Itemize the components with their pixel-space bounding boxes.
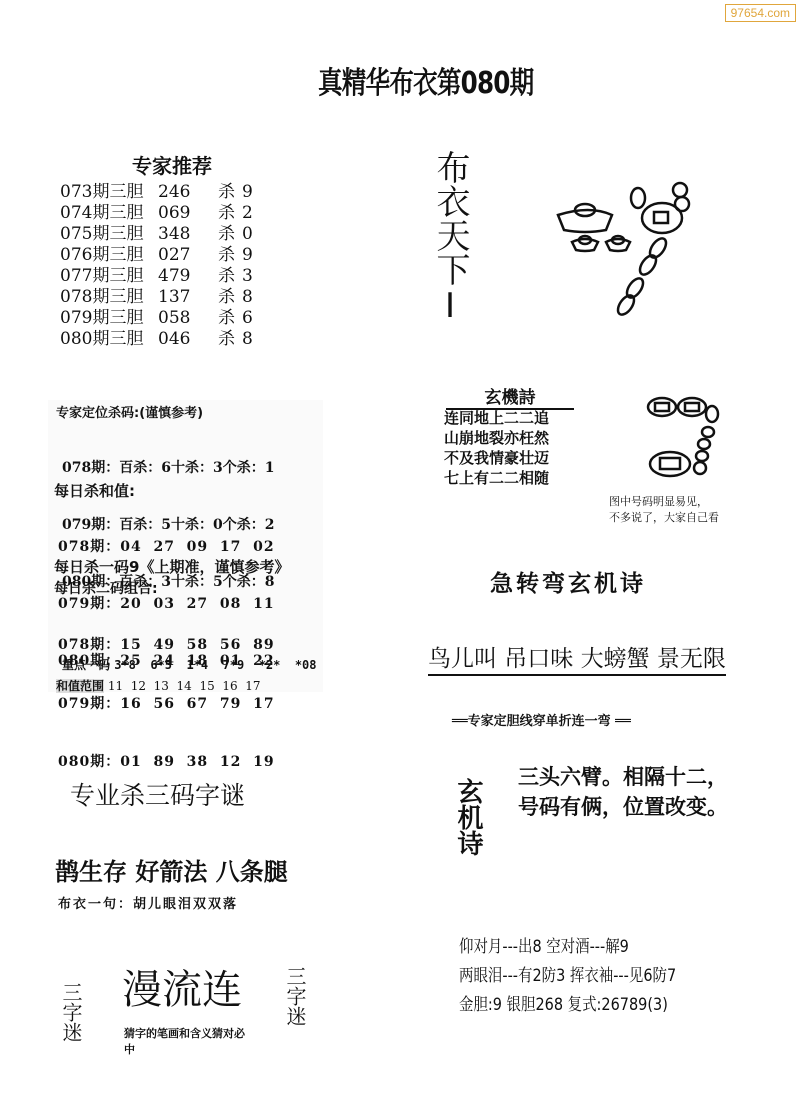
recommend-row: 079期三胆058杀6	[60, 308, 253, 329]
hint-line: 金胆:9 银胆268 复式:26789(3)	[459, 991, 676, 1020]
poem-line: 连同地上二二追	[444, 408, 549, 428]
turn-poem-title: 急转弯玄机诗	[490, 565, 646, 598]
recommend-row: 073期三胆246杀9	[60, 182, 253, 203]
site-watermark: 97654.com	[725, 4, 796, 22]
expert-recommend-list: 073期三胆246杀9 074期三胆069杀2 075期三胆348杀0 076期…	[60, 182, 253, 350]
turn-poem-riddle: 鸟儿叫 吊口味 大螃蟹 景无限	[428, 640, 726, 676]
illustration-caption: 图中号码明显易见， 不多说了，大家自己看	[609, 494, 719, 526]
hint-line: 两眼泪---有2防3 挥衣袖---见6防7	[459, 962, 676, 991]
recommend-row: 074期三胆069杀2	[60, 203, 253, 224]
daily-sum-kill-title: 每日杀和值:	[54, 480, 135, 501]
poem-line: 不及我情豪壮迈	[444, 448, 549, 468]
hint-line: 仰对月---出8 空对酒---解9	[459, 933, 676, 962]
word-riddle-title: 专业杀三码字谜	[70, 776, 245, 812]
recommend-row: 077期三胆479杀3	[60, 266, 253, 287]
recommend-row: 080期三胆046杀8	[60, 329, 253, 350]
sum-range: 和值范围 11 12 13 14 15 16 17	[56, 677, 261, 694]
page-title: 真精华布衣第080期	[318, 58, 533, 102]
three-char-riddle-label-left: 三字迷	[60, 982, 82, 1042]
sum-kill-row: 078期：04 27 09 17 02	[58, 538, 275, 557]
buyi-sentence: 布衣一句：胡儿眼泪双双落	[58, 893, 238, 912]
xuanji-poem-lines: 连同地上二二追 山崩地裂亦枉然 不及我情豪壮迈 七上有二二相随	[444, 408, 549, 488]
focus-code: 重点一码 3*8 6*5 1*4 7*9 *2* *08	[62, 656, 317, 673]
pair-kill-row: 079期：16 56 67 79 17	[58, 695, 275, 715]
expert-dan-line: ══专家定胆线穿单折连一弯 ══	[452, 710, 631, 729]
position-kill-title: 专家定位杀码:(谨慎参考)	[56, 402, 203, 421]
three-char-riddle-label-right: 三字迷	[284, 966, 306, 1026]
daily-kill-one: 每日杀一码9《上期准，谨慎参考》	[54, 556, 289, 577]
ingots-coins-illustration	[550, 170, 700, 320]
coins-number-illustration	[640, 392, 740, 482]
xuanji-shi-text: 三头六臂。相隔十二， 号码有俩，位置改变。	[518, 762, 728, 822]
recommend-row: 075期三胆348杀0	[60, 224, 253, 245]
pair-kill-row: 080期：01 89 38 12 19	[58, 753, 275, 773]
riddle-main-word: 漫流连	[122, 958, 242, 1015]
hints-list: 仰对月---出8 空对酒---解9 两眼泪---有2防3 挥衣袖---见6防7 …	[459, 933, 676, 1020]
daily-kill-pair-title: 每日杀二码组合:	[54, 578, 158, 598]
pair-kill-row: 078期：15 49 58 56 89	[58, 636, 275, 656]
recommend-row: 076期三胆027杀9	[60, 245, 253, 266]
poem-line: 山崩地裂亦枉然	[444, 428, 549, 448]
xuanji-poem-title: 玄機詩	[446, 383, 574, 410]
xuanji-shi-label: 玄机诗	[446, 778, 490, 856]
position-kill-row: 078期：百杀：6十杀：3个杀：1	[62, 459, 274, 478]
riddle-caption: 猜字的笔画和含义猜对必中	[124, 1026, 254, 1058]
recommend-row: 078期三胆137杀8	[60, 287, 253, 308]
word-riddle-words: 鹊生存 好箭法 八条腿	[55, 852, 288, 887]
daily-kill-pair-list: 078期：15 49 58 56 89 079期：16 56 67 79 17 …	[58, 597, 275, 792]
buyi-tianxia-label: 布衣天下I	[430, 150, 470, 326]
poem-line: 七上有二二相随	[444, 468, 549, 488]
expert-recommend-title: 专家推荐	[132, 150, 212, 179]
